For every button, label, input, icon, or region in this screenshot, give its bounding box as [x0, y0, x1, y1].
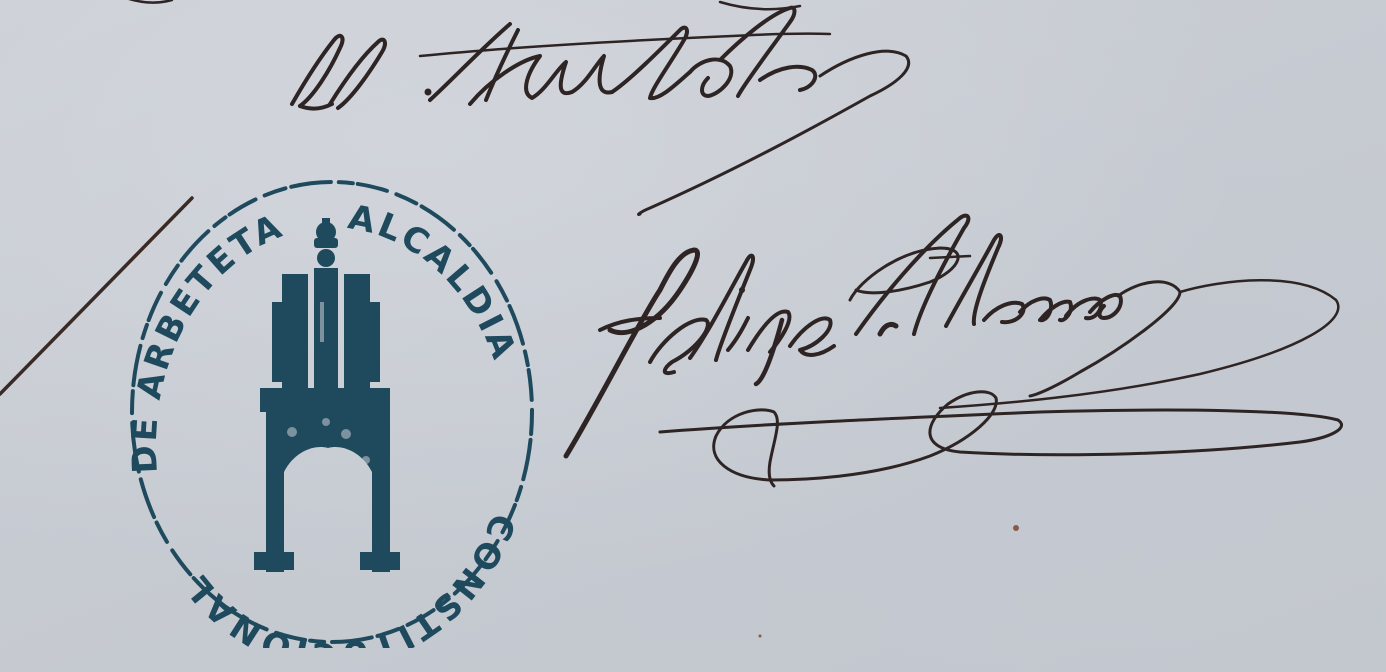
- signature-rubric: [660, 280, 1342, 486]
- official-stamp: ALCALDIA CONSTITUCIONAL DE ARBETETA DE A…: [122, 172, 542, 648]
- stamp-arc-text-top: DE ARBETETA: [125, 206, 290, 474]
- tower-icon: [254, 218, 400, 572]
- document-page: El Alcalde Felipe Alonso: [0, 0, 1386, 672]
- stamp-arc-text-bottom: CONSTITUCIONAL: [177, 508, 523, 648]
